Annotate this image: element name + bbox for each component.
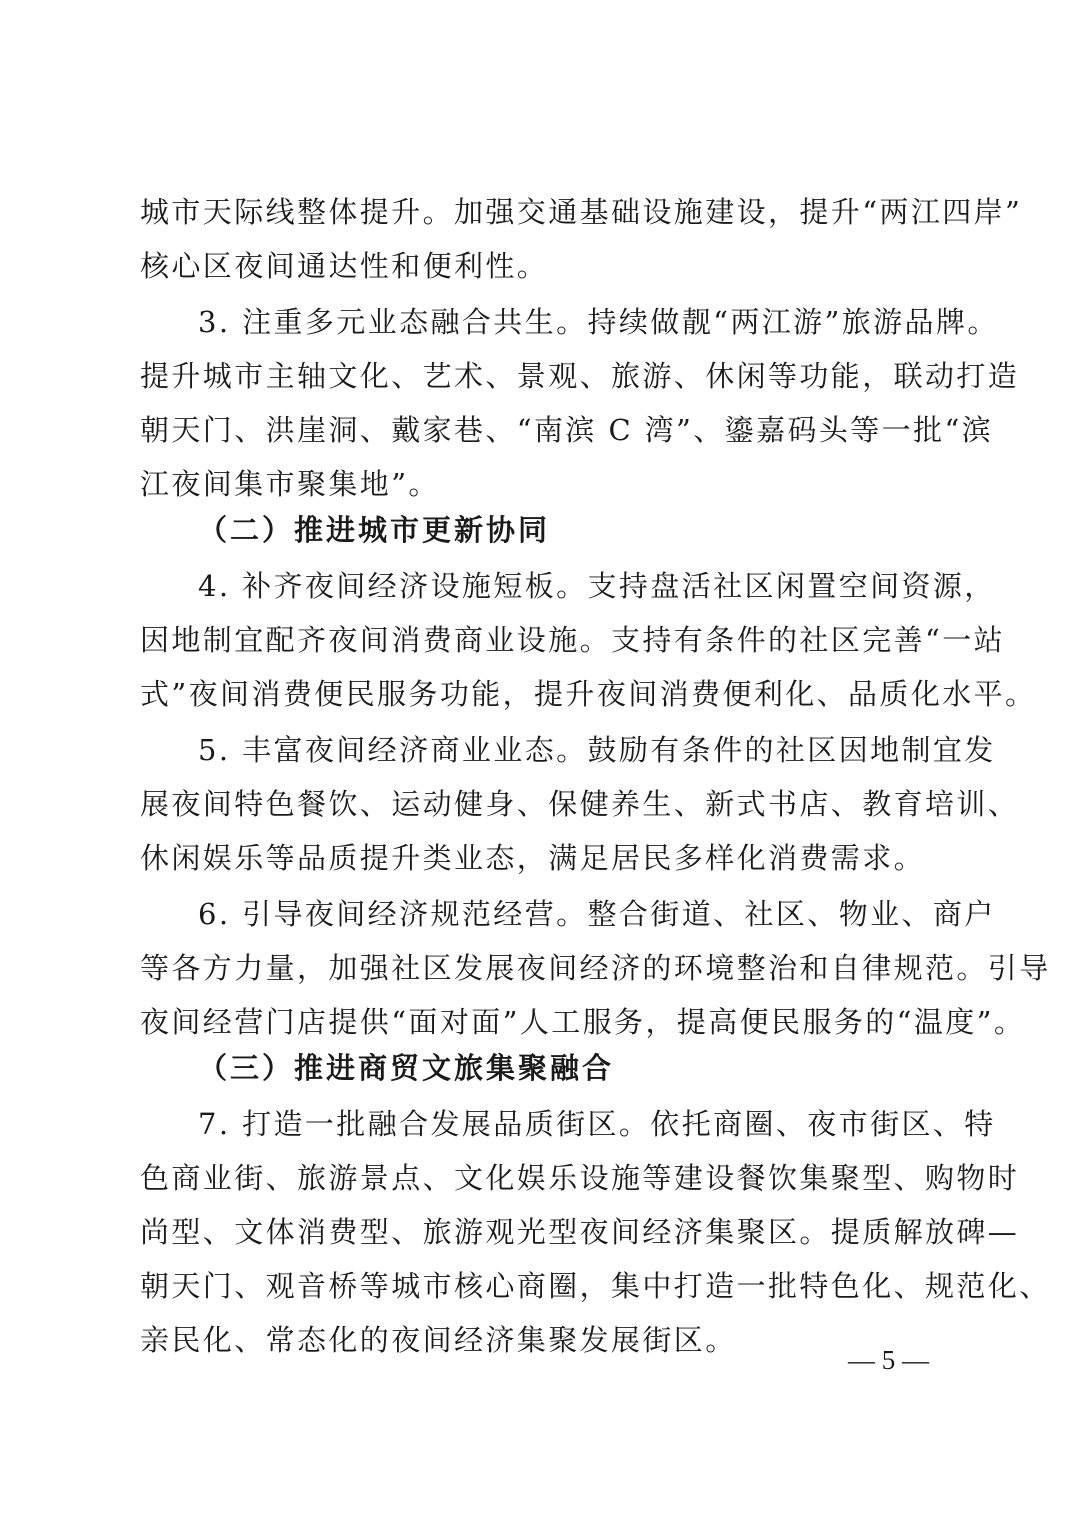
document-page: 城市天际线整体提升。加强交通基础设施建设，提升“两江四岸” 核心区夜间通达性和便…: [0, 0, 1074, 1520]
paragraph-line: 提升城市主轴文化、艺术、景观、旅游、休闲等功能，联动打造: [140, 356, 940, 396]
paragraph-line: 色商业街、旅游景点、文化娱乐设施等建设餐饮集聚型、购物时: [140, 1158, 940, 1198]
paragraph-line: 亲民化、常态化的夜间经济集聚发展街区。: [140, 1320, 940, 1360]
item-5-line: 5. 丰富夜间经济商业业态。鼓励有条件的社区因地制宜发: [198, 730, 940, 770]
paragraph-line: 朝天门、洪崖洞、戴家巷、“南滨 C 湾”、鎏嘉码头等一批“滨: [140, 410, 940, 450]
section-heading-2: （二）推进城市更新协同: [198, 510, 998, 550]
paragraph-line: 休闲娱乐等品质提升类业态，满足居民多样化消费需求。: [140, 838, 940, 878]
item-4-line: 4. 补齐夜间经济设施短板。支持盘活社区闲置空间资源，: [198, 566, 940, 606]
page-number: — 5 —: [848, 1342, 929, 1378]
paragraph-line: 江夜间集市聚集地”。: [140, 464, 940, 504]
item-6-line: 6. 引导夜间经济规范经营。整合街道、社区、物业、商户: [198, 894, 940, 934]
section-heading-3: （三）推进商贸文旅集聚融合: [198, 1048, 998, 1088]
paragraph-line: 城市天际线整体提升。加强交通基础设施建设，提升“两江四岸”: [140, 192, 940, 232]
paragraph-line: 朝天门、观音桥等城市核心商圈，集中打造一批特色化、规范化、: [140, 1266, 940, 1306]
item-7-line: 7. 打造一批融合发展品质街区。依托商圈、夜市街区、特: [198, 1104, 940, 1144]
paragraph-line: 尚型、文体消费型、旅游观光型夜间经济集聚区。提质解放碑—: [140, 1212, 940, 1252]
paragraph-line: 展夜间特色餐饮、运动健身、保健养生、新式书店、教育培训、: [140, 784, 940, 824]
paragraph-line: 夜间经营门店提供“面对面”人工服务，提高便民服务的“温度”。: [140, 1002, 940, 1042]
item-3-line: 3. 注重多元业态融合共生。持续做靓“两江游”旅游品牌。: [198, 302, 940, 342]
paragraph-line: 因地制宜配齐夜间消费商业设施。支持有条件的社区完善“一站: [140, 620, 940, 660]
paragraph-line: 式”夜间消费便民服务功能，提升夜间消费便利化、品质化水平。: [140, 674, 940, 714]
paragraph-line: 等各方力量，加强社区发展夜间经济的环境整治和自律规范。引导: [140, 948, 940, 988]
paragraph-line: 核心区夜间通达性和便利性。: [140, 246, 940, 286]
